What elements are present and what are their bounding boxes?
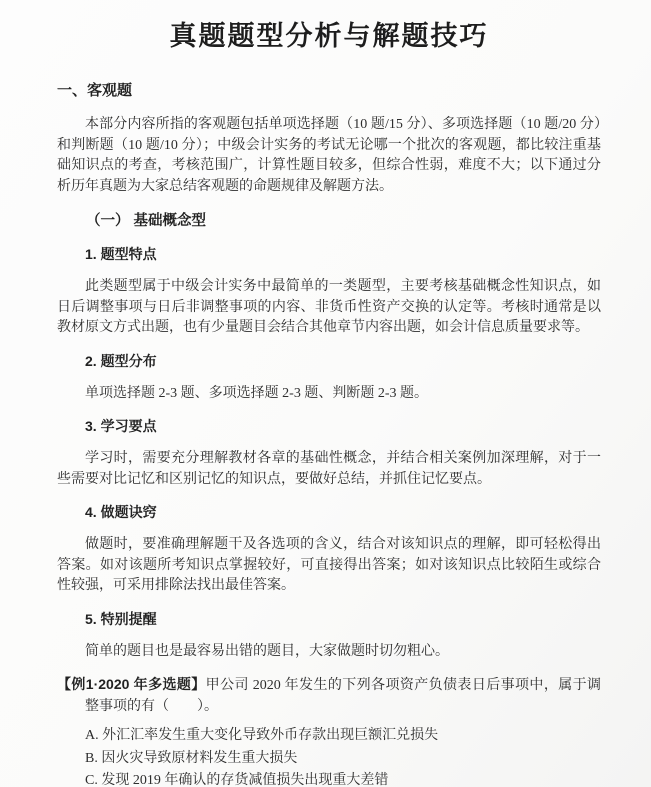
point-body-question-features: 此类题型属于中级会计实务中最简单的一类题型，主要考核基础概念性知识点，如日后调整… (57, 277, 601, 339)
point-body-study-essentials: 学习时，需要充分理解教材各章的基础性概念，并结合相关案例加深理解，对于一些需要对… (57, 449, 601, 490)
option-b: B. 因火灾导致原材料发生重大损失 (57, 748, 601, 769)
example-label: 【例1·2020 年多选题】 (57, 676, 206, 692)
point-heading-question-features: 1. 题型特点 (57, 244, 601, 264)
point-heading-study-essentials: 3. 学习要点 (57, 416, 601, 436)
point-body-special-reminder: 简单的题目也是最容易出错的题目，大家做题时切勿粗心。 (57, 642, 601, 663)
option-a: A. 外汇汇率发生重大变化导致外币存款出现巨额汇兑损失 (57, 725, 601, 746)
subsection-heading-basic-concept-type: （一） 基础概念型 (57, 209, 601, 230)
example-question-paragraph: 【例1·2020 年多选题】甲公司 2020 年发生的下列各项资产负债表日后事项… (57, 674, 601, 717)
option-c: C. 发现 2019 年确认的存货减值损失出现重大差错 (57, 770, 601, 787)
section-heading-objective-questions: 一、客观题 (57, 79, 601, 100)
page-title: 真题题型分析与解题技巧 (57, 14, 601, 53)
point-heading-answering-tips: 4. 做题诀窍 (57, 502, 601, 522)
intro-paragraph: 本部分内容所指的客观题包括单项选择题（10 题/15 分）、多项选择题（10 题… (57, 115, 601, 197)
point-body-question-distribution: 单项选择题 2-3 题、多项选择题 2-3 题、判断题 2-3 题。 (57, 384, 601, 405)
document-page: 真题题型分析与解题技巧 一、客观题 本部分内容所指的客观题包括单项选择题（10 … (0, 0, 651, 787)
point-body-answering-tips: 做题时，要准确理解题干及各选项的含义，结合对该知识点的理解，即可轻松得出答案。如… (57, 535, 601, 597)
point-heading-question-distribution: 2. 题型分布 (57, 351, 601, 371)
point-heading-special-reminder: 5. 特别提醒 (57, 609, 601, 629)
scanned-page: { "doc": { "title": "真题题型分析与解题技巧", "sect… (0, 0, 651, 787)
